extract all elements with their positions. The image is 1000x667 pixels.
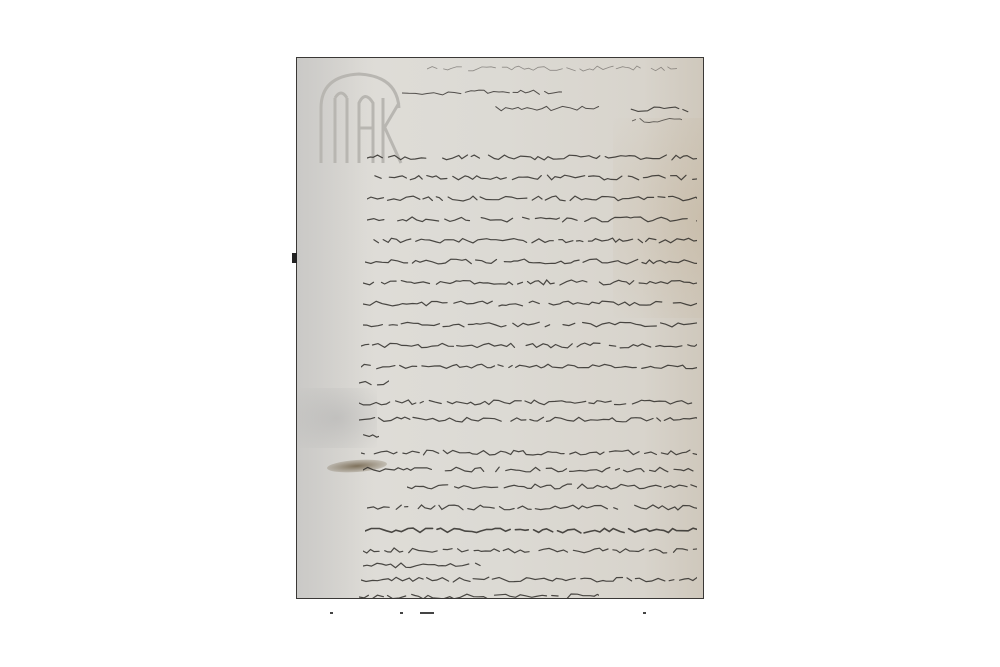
handwritten-line	[363, 299, 697, 308]
handwritten-line	[359, 415, 697, 424]
handwritten-line	[365, 257, 697, 266]
handwritten-line	[361, 575, 697, 584]
handwritten-line	[627, 105, 689, 114]
handwritten-line	[359, 431, 379, 440]
handwritten-line	[359, 398, 697, 407]
handwritten-line	[367, 215, 697, 224]
handwritten-line	[402, 88, 562, 97]
handwritten-line	[363, 278, 697, 287]
handwritten-line	[361, 362, 697, 371]
handwritten-line	[632, 116, 682, 125]
handwritten-line	[369, 173, 697, 182]
handwritten-line	[363, 465, 697, 474]
handwritten-line	[367, 236, 697, 245]
handwritten-line	[407, 482, 697, 491]
handwritten-line	[363, 561, 483, 570]
handwritten-line	[427, 64, 677, 73]
manuscript-page	[296, 57, 704, 599]
handwritten-line	[492, 104, 607, 113]
handwritten-line	[359, 378, 389, 387]
handwritten-line	[361, 341, 697, 350]
handwritten-line	[363, 320, 697, 329]
handwritten-line	[359, 592, 599, 599]
handwritten-line	[367, 194, 697, 203]
handwritten-line	[363, 546, 697, 555]
caption-fragments	[0, 612, 1000, 618]
handwritten-line	[365, 526, 697, 535]
handwritten-line	[361, 448, 697, 457]
handwritten-line	[367, 503, 697, 512]
handwritten-line	[367, 153, 697, 162]
binding-mark	[292, 253, 297, 263]
